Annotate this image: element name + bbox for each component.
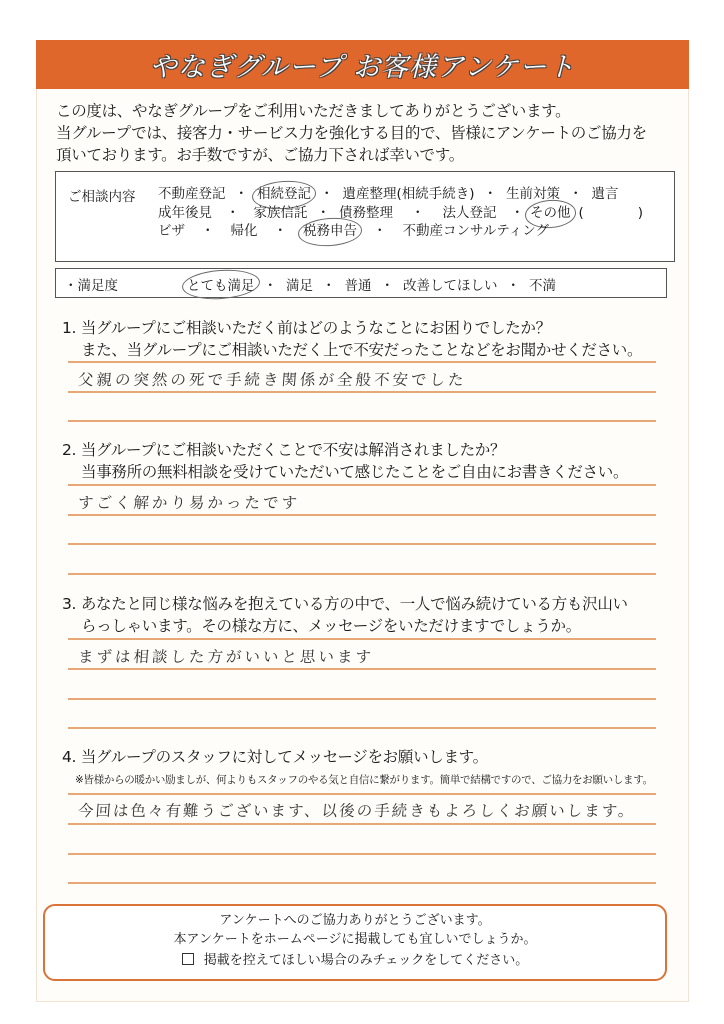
- option-real-estate-consulting[interactable]: 不動産コンサルティング: [403, 222, 549, 241]
- answer-1[interactable]: 父親の突然の死で手続き関係が全般不安でした: [77, 368, 467, 390]
- satisfaction-very-satisfied[interactable]: とても満足: [187, 274, 255, 294]
- question-2: 2. 当グループにご相談いただくことで不安は解消されましたか？ 当事務所の無料相…: [62, 439, 628, 483]
- satisfaction-neutral[interactable]: 普通: [345, 274, 372, 294]
- answer-rule: [68, 698, 656, 700]
- answer-rule: [68, 882, 656, 884]
- question-text: 当グループのスタッフに対してメッセージをお願いします。: [81, 748, 488, 766]
- answer-rule: [68, 853, 656, 855]
- publish-opt-out-checkbox[interactable]: [182, 953, 194, 965]
- question-1: 1. 当グループにご相談いただく前はどのようなことにお困りでしたか？ また、当グ…: [62, 317, 642, 361]
- answer-rule: [68, 793, 656, 795]
- answer-4[interactable]: 今回は色々有難うございます、以後の手続きもよろしくお願いします。: [77, 799, 636, 821]
- question-3: 3. あなたと同じ様な悩みを抱えている方の中で、一人で悩み続けている方も沢山い …: [62, 593, 628, 637]
- option-inheritance-registration[interactable]: 相続登記: [257, 185, 311, 204]
- option-naturalization[interactable]: 帰化: [231, 222, 258, 241]
- answer-rule: [68, 514, 656, 516]
- answer-rule: [68, 638, 656, 640]
- answer-rule: [68, 543, 656, 545]
- question-text: あなたと同じ様な悩みを抱えている方の中で、一人で悩み続けている方も沢山い: [81, 595, 628, 613]
- question-number: 2.: [62, 441, 76, 459]
- question-text: 当グループにご相談いただくことで不安は解消されましたか？: [81, 441, 505, 459]
- option-family-trust[interactable]: 家族信託: [254, 204, 308, 223]
- answer-rule: [68, 668, 656, 670]
- answer-rule: [68, 420, 656, 422]
- answer-3[interactable]: まずは相談した方がいいと思います: [77, 645, 375, 667]
- publish-opt-out-row: 掲載を控えてほしい場合のみチェックをしてください。: [45, 952, 665, 971]
- option-real-estate-registration[interactable]: 不動産登記: [158, 185, 226, 204]
- option-estate-settlement[interactable]: 遺産整理(相続手続き): [343, 185, 475, 204]
- question-text: 当事務所の無料相談を受けていただいて感じたことをご自由にお書きください。: [62, 461, 628, 483]
- publish-opt-out-label: 掲載を控えてほしい場合のみチェックをしてください。: [204, 953, 529, 968]
- option-visa[interactable]: ビザ: [158, 222, 185, 241]
- answer-rule: [68, 361, 656, 363]
- survey-header: やなぎグループ お客様アンケート: [36, 40, 689, 89]
- satisfaction-options: とても満足・満足・普通・改善してほしい・不満: [187, 274, 556, 294]
- consultation-box: ご相談内容 不動産登記・相続登記・遺産整理(相続手続き)・生前対策・遺言 成年後…: [55, 171, 675, 262]
- satisfaction-satisfied[interactable]: 満足: [286, 274, 313, 294]
- question-number: 4.: [62, 748, 76, 766]
- footer-consent-box: アンケートへのご協力ありがとうございます。 本アンケートをホームページに掲載して…: [43, 904, 667, 981]
- footer-publish-question: 本アンケートをホームページに掲載しても宜しいでしょうか。: [45, 931, 665, 950]
- question-4-note: ※皆様からの暖かい励ましが、何よりもスタッフのやる気と自信に繋がります。簡単で結…: [75, 772, 653, 787]
- satisfaction-dissatisfied[interactable]: 不満: [529, 274, 556, 294]
- question-4: 4. 当グループのスタッフに対してメッセージをお願いします。: [62, 746, 488, 768]
- option-other[interactable]: その他: [530, 204, 571, 223]
- option-adult-guardianship[interactable]: 成年後見: [158, 204, 212, 223]
- consultation-row: 成年後見・家族信託・債務整理・法人登記・その他( ): [158, 204, 643, 223]
- consultation-label: ご相談内容: [68, 185, 136, 205]
- answer-rule: [68, 823, 656, 825]
- satisfaction-label: ・満足度: [64, 274, 118, 294]
- intro-line: 頂いております。お手数ですが、ご協力下されば幸いです。: [56, 144, 686, 166]
- intro-line: この度は、やなぎグループをご利用いただきましてありがとうございます。: [56, 100, 686, 122]
- question-text: 当グループにご相談いただく前はどのようなことにお困りでしたか？: [81, 319, 551, 337]
- answer-rule: [68, 484, 656, 486]
- answer-2[interactable]: すごく解かり易かったです: [77, 491, 301, 513]
- answer-rule: [68, 391, 656, 393]
- option-will[interactable]: 遺言: [592, 185, 619, 204]
- consultation-row: 不動産登記・相続登記・遺産整理(相続手続き)・生前対策・遺言: [158, 185, 643, 204]
- question-number: 1.: [62, 319, 76, 337]
- consultation-options: 不動産登記・相続登記・遺産整理(相続手続き)・生前対策・遺言 成年後見・家族信託…: [158, 185, 643, 241]
- question-text: また、当グループにご相談いただく上で不安だったことなどをお聞かせください。: [62, 339, 642, 361]
- survey-title: やなぎグループ お客様アンケート: [150, 45, 576, 84]
- question-number: 3.: [62, 595, 76, 613]
- question-text: らっしゃいます。その様な方に、メッセージをいただけますでしょうか。: [62, 615, 628, 637]
- intro-line: 当グループでは、接客力・サービス力を強化する目的で、皆様にアンケートのご協力を: [56, 122, 686, 144]
- footer-thanks: アンケートへのご協力ありがとうございます。: [45, 912, 665, 931]
- consultation-row: ビザ・帰化・税務申告・不動産コンサルティング: [158, 222, 643, 241]
- option-other-input[interactable]: ( ): [579, 205, 644, 221]
- satisfaction-needs-improvement[interactable]: 改善してほしい: [403, 274, 498, 294]
- option-corporate-registration[interactable]: 法人登記: [443, 204, 497, 223]
- satisfaction-box: ・満足度 とても満足・満足・普通・改善してほしい・不満: [55, 268, 667, 298]
- intro-text: この度は、やなぎグループをご利用いただきましてありがとうございます。 当グループ…: [56, 100, 686, 166]
- answer-rule: [68, 573, 656, 575]
- answer-rule: [68, 727, 656, 729]
- option-tax-filing[interactable]: 税務申告: [303, 222, 357, 241]
